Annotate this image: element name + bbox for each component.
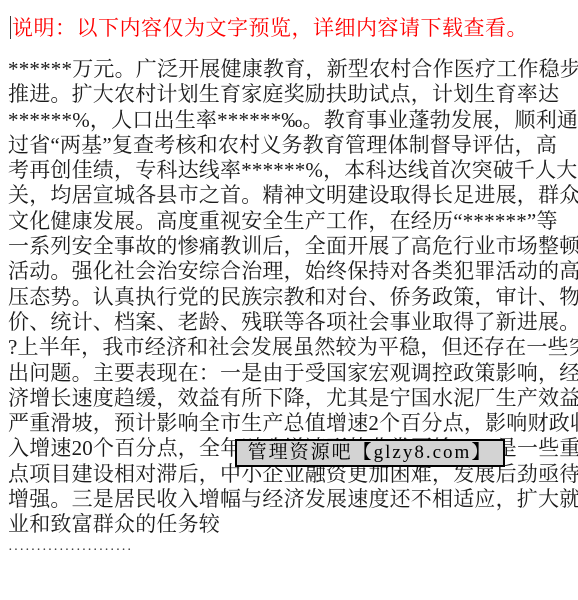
text-line: 文化健康发展。高度重视安全生产工作，在经历“******”等 — [8, 209, 574, 234]
text-cursor — [10, 16, 11, 39]
text-line: 压态势。认真执行党的民族宗教和对台、侨务政策，审计、物 — [8, 285, 574, 310]
text-line: 过省“两基”复查考核和农村义务教育管理体制督导评估，高 — [8, 133, 574, 158]
document-body: ******万元。广泛开展健康教育，新型农村合作医疗工作稳步 推进。扩大农村计划… — [8, 57, 574, 563]
ellipsis-line: ······················ — [8, 538, 574, 563]
text-line: 济增长速度趋缓，效益有所下降，尤其是宁国水泥厂生产效益 — [8, 386, 574, 411]
text-line: 考再创佳绩，专科达线率******%，本科达线首次突破千人大 — [8, 158, 574, 183]
text-line: 严重滑坡，预计影响全市生产总值增速2个百分点，影响财政收 — [8, 411, 574, 436]
preview-page: { "theme": { "page_bg": "#ffffff", "noti… — [0, 0, 578, 600]
text-line: ******万元。广泛开展健康教育，新型农村合作医疗工作稳步 — [8, 57, 574, 82]
text-line: 关，均居宣城各县市之首。精神文明建设取得长足进展，群众 — [8, 183, 574, 208]
text-line: 一系列安全事故的惨痛教训后，全面开展了高危行业市场整顿 — [8, 234, 574, 259]
watermark-badge: 管理资源吧【glzy8.com】 — [235, 439, 505, 467]
text-line: 活动。强化社会治安综合治理，始终保持对各类犯罪活动的高 — [8, 259, 574, 284]
text-line: 出问题。主要表现在：一是由于受国家宏观调控政策影响，经 — [8, 361, 574, 386]
text-line: 增强。三是居民收入增幅与经济发展速度还不相适应，扩大就 — [8, 487, 574, 512]
text-line: 价、统计、档案、老龄、残联等各项社会事业取得了新进展。 — [8, 310, 574, 335]
text-line: 推进。扩大农村计划生育家庭奖励扶助试点，计划生育率达 — [8, 82, 574, 107]
preview-notice: 说明：以下内容仅为文字预览，详细内容请下载查看。 — [12, 15, 528, 41]
text-line: ?上半年，我市经济和社会发展虽然较为平稳，但还存在一些突 — [8, 335, 574, 360]
text-line: ******%，人口出生率******‰。教育事业蓬勃发展，顺利通 — [8, 108, 574, 133]
text-line: 业和致富群众的任务较 — [8, 512, 574, 537]
